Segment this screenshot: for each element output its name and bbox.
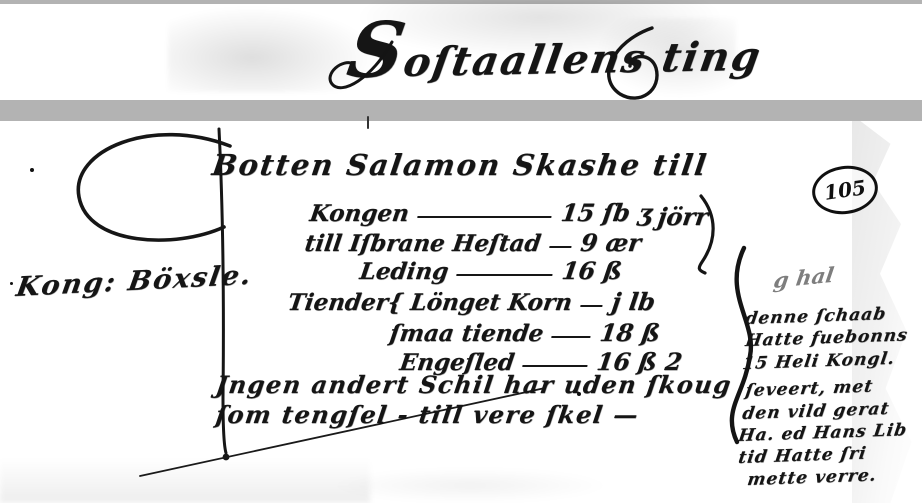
side-note-line: ſeveert, met (744, 377, 874, 401)
ledger-amount: 15 ſb ʒ (559, 198, 654, 227)
dash-leader (457, 274, 553, 276)
ledger-label: ſmaa tiende (388, 320, 545, 347)
ledger-amount: 16 ß (560, 256, 624, 285)
ledger-row: till Iſbrane Heſtad 9 ær (303, 228, 641, 257)
ledger-label: Tiender{ Lönget Korn (286, 289, 574, 316)
margin-note: Kong: Böxsle. (14, 260, 255, 303)
side-note-line: mette verre. (746, 466, 878, 490)
page-number-badge: 105 (809, 162, 881, 219)
ledger-row: Kongen 15 ſb ʒ (308, 198, 654, 227)
ink-dot (223, 454, 230, 461)
side-note-line: den vild gerat (741, 399, 891, 424)
ledger-label: Leding (358, 258, 450, 285)
ledger-amount: 18 ß (598, 318, 662, 347)
manuscript-scan: Soſtaallens ting 105 Botten Salamon Skas… (0, 0, 922, 503)
side-note-line: 15 Heli Kongl. (741, 349, 896, 374)
side-note-superscript: g hal (772, 262, 836, 293)
ledger-suffix: jörr (656, 202, 710, 231)
closing-line: Jngen andert Schil har uden ſkoug (214, 370, 734, 399)
ledger-amount: 9 ær (579, 228, 643, 257)
page-title: Soſtaallens ting (342, 0, 771, 95)
dash-leader (552, 336, 591, 338)
oval-flourish (78, 135, 230, 240)
paper-texture (0, 458, 370, 503)
ledger-row: Tiender{ Lönget Korn j lb (286, 287, 652, 316)
ink-speck (367, 116, 369, 129)
side-note-line: tid Hatte ſri (737, 444, 868, 468)
dash-leader (549, 246, 571, 248)
ink-speck (30, 168, 34, 172)
side-note-line: denne ſchaab (744, 304, 888, 329)
side-note-line: Hatte fuebonns (744, 325, 909, 351)
entry-heading: Botten Salamon Skashe till (210, 148, 710, 182)
ink-speck (10, 282, 13, 285)
dash-leader (417, 216, 551, 218)
separator-band (0, 100, 922, 121)
ledger-row: Leding 16 ß (358, 256, 624, 285)
dash-leader (580, 305, 602, 307)
ledger-label: till Iſbrane Heſtad (303, 230, 543, 257)
ledger-row: ſmaa tiende 18 ß (388, 318, 662, 347)
closing-line: ſom tengſel - till vere ſkel — (214, 400, 641, 429)
side-note-line: Ha. ed Hans Lib (737, 420, 909, 446)
page-number: 105 (823, 175, 868, 205)
dash-leader (523, 365, 588, 367)
ledger-amount: j lb (610, 287, 657, 316)
paper-texture (330, 468, 610, 503)
ink-speck (577, 392, 581, 396)
ledger-label: Kongen (308, 200, 411, 227)
